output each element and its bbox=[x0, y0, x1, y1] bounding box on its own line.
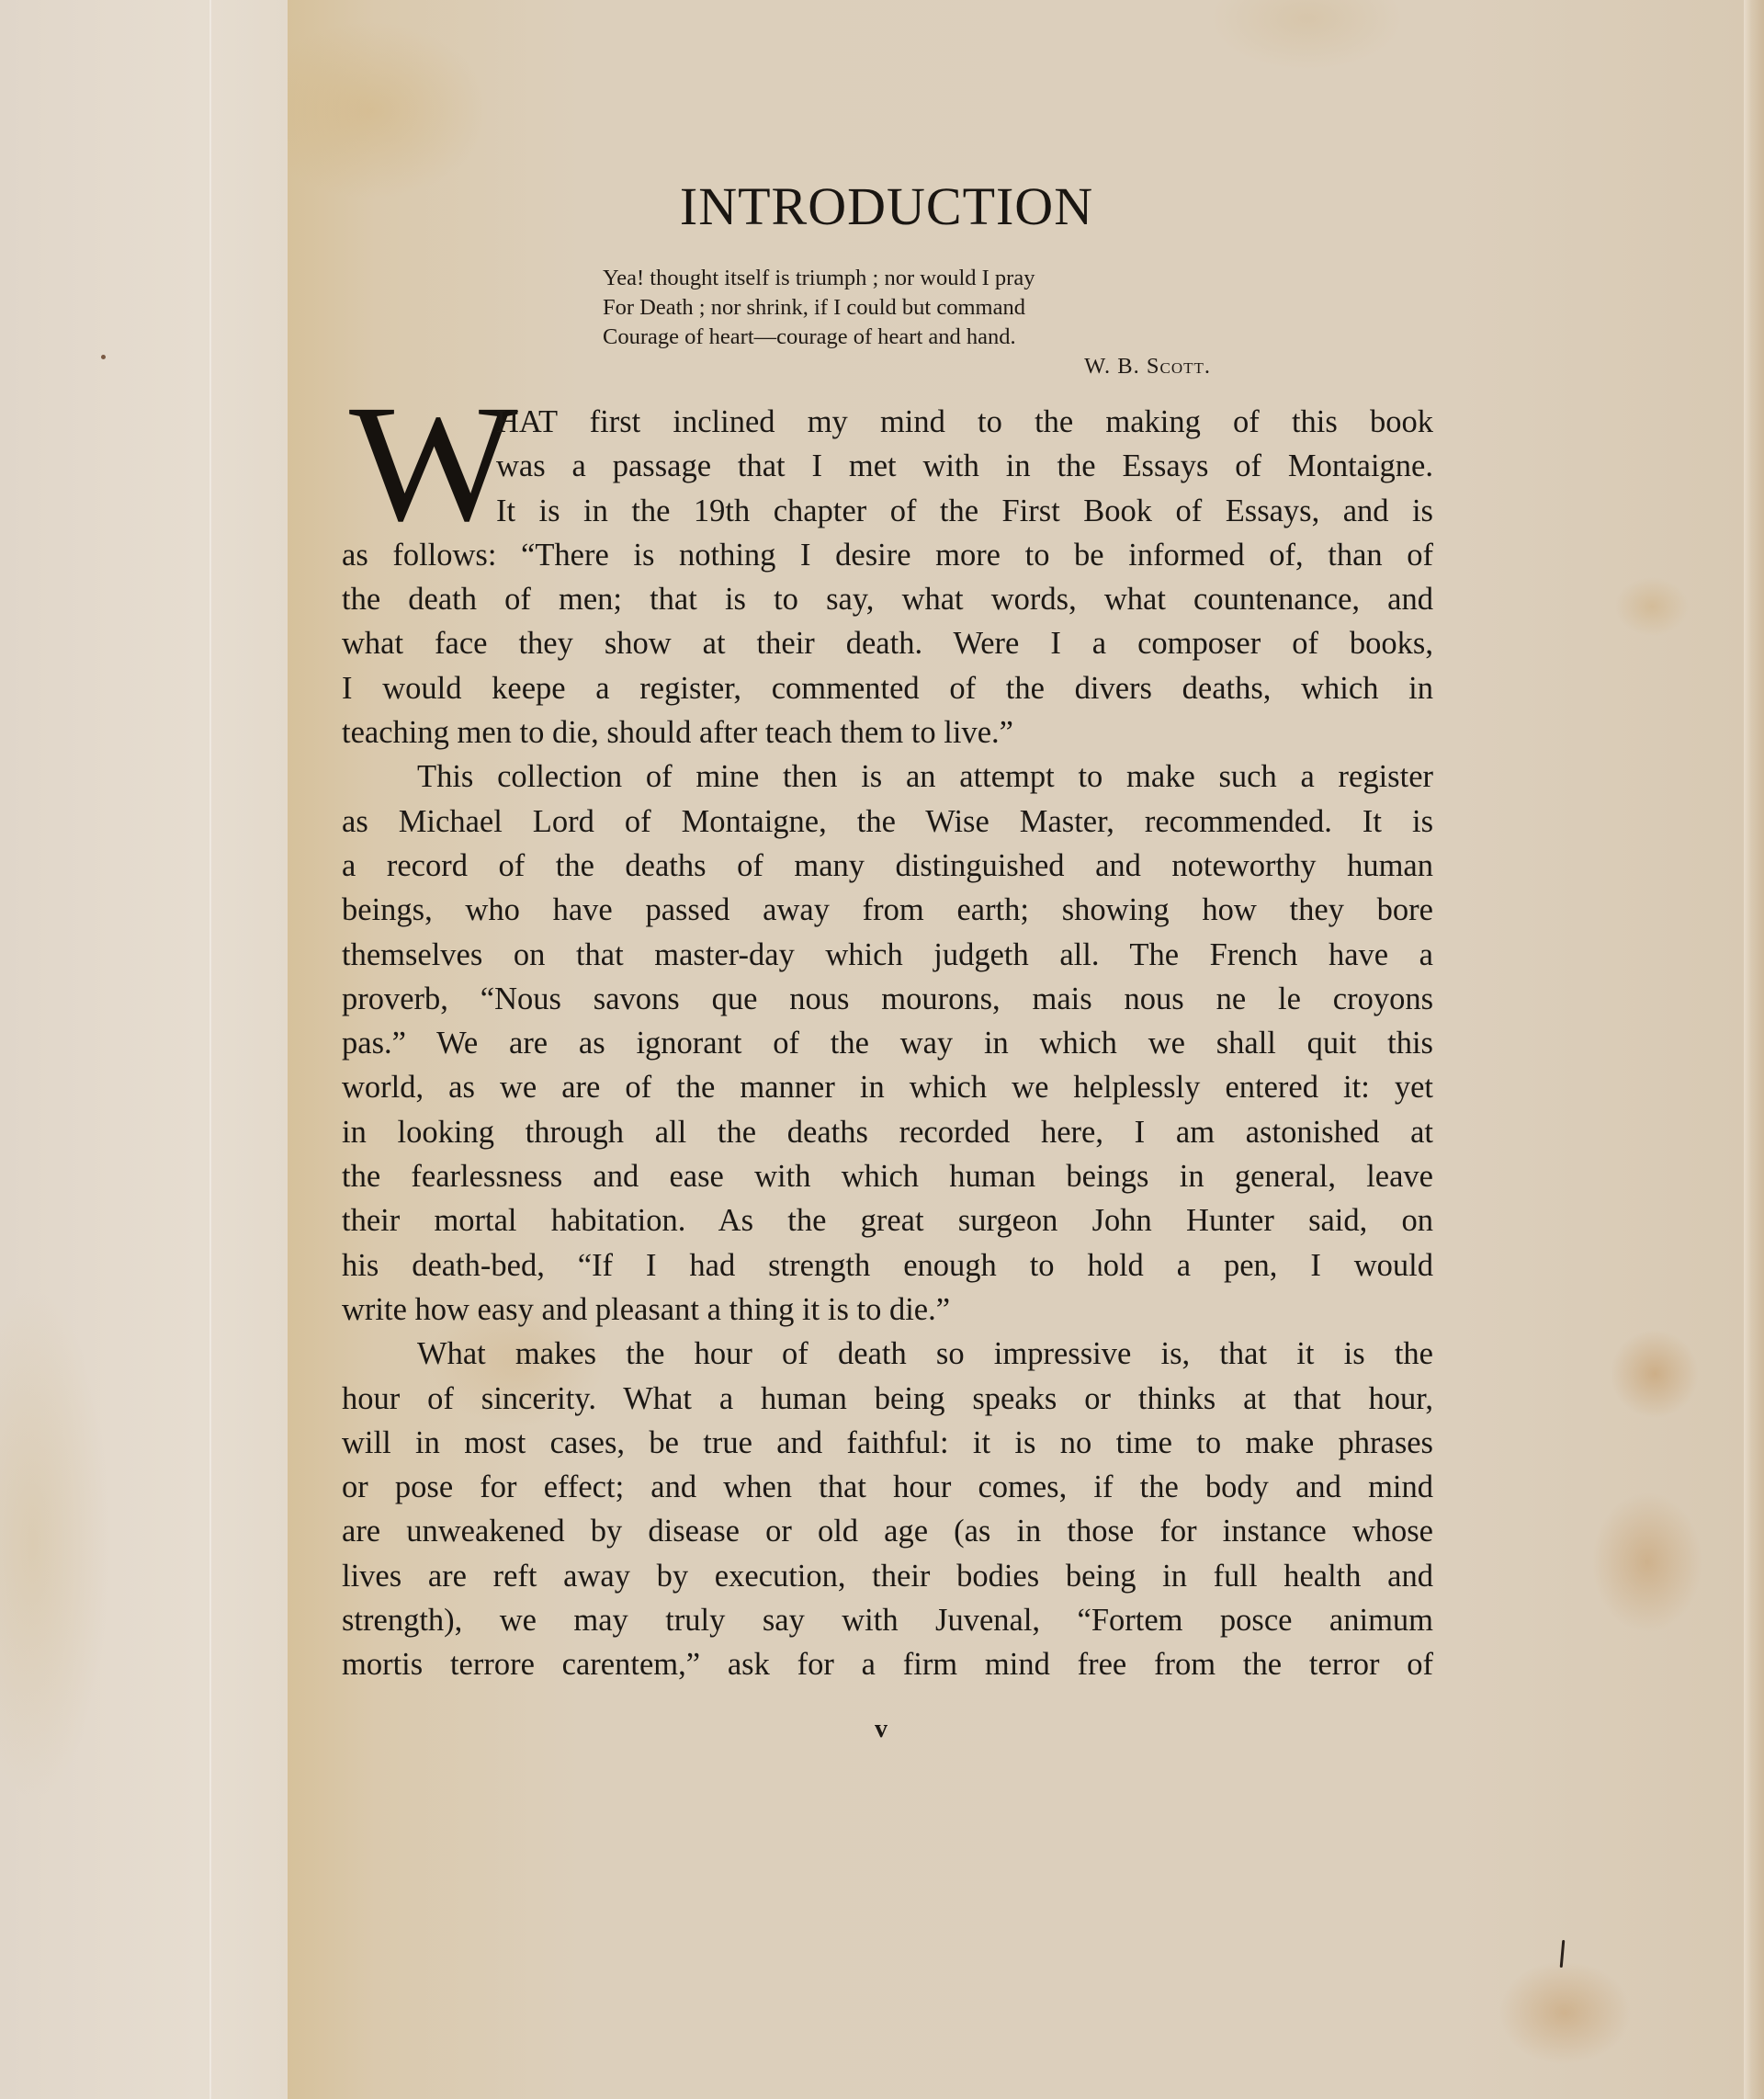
body-text-line: will in most cases, be true and faithful… bbox=[342, 1421, 1433, 1465]
body-text-line: strength), we may truly say with Juvenal… bbox=[342, 1598, 1433, 1642]
page-edge bbox=[1744, 0, 1764, 2099]
body-text: HAT first inclined my mind to the making… bbox=[342, 400, 1433, 1687]
body-text-line: or pose for effect; and when that hour c… bbox=[342, 1465, 1433, 1509]
body-text-line: This collection of mine then is an attem… bbox=[342, 755, 1433, 799]
body-text-line: beings, who have passed away from earth;… bbox=[342, 888, 1433, 932]
body-text-line: in looking through all the deaths record… bbox=[342, 1110, 1433, 1154]
epigraph-attribution: W. B. Scott. bbox=[603, 352, 1227, 381]
chapter-title-text: INTRODUCTION bbox=[680, 177, 1093, 236]
body-text-line: their mortal habitation. As the great su… bbox=[342, 1198, 1433, 1242]
page-number: v bbox=[875, 1715, 888, 1744]
epigraph-line: For Death ; nor shrink, if I could but c… bbox=[603, 293, 1227, 323]
epigraph-line: Courage of heart—courage of heart and ha… bbox=[603, 323, 1227, 352]
body-text-line: his death-bed, “If I had strength enough… bbox=[342, 1243, 1433, 1288]
page-fold-line bbox=[209, 0, 211, 2099]
body-text-line: a record of the deaths of many distingui… bbox=[342, 844, 1433, 888]
body-text-line: world, as we are of the manner in which … bbox=[342, 1065, 1433, 1109]
body-text-line: the death of men; that is to say, what w… bbox=[342, 577, 1433, 621]
body-text-line: what face they show at their death. Were… bbox=[342, 621, 1433, 665]
body-text-line: It is in the 19th chapter of the First B… bbox=[342, 489, 1433, 533]
attribution-initials: W. B. bbox=[1084, 354, 1147, 379]
body-text-line: teaching men to die, should after teach … bbox=[342, 710, 1433, 755]
body-text-line: the fearlessness and ease with which hum… bbox=[342, 1154, 1433, 1198]
facing-left-page bbox=[0, 0, 288, 2099]
body-text-line: themselves on that master-day which judg… bbox=[342, 933, 1433, 977]
body-text-line: mortis terrore carentem,” ask for a firm… bbox=[342, 1642, 1433, 1686]
body-text-line: lives are reft away by execution, their … bbox=[342, 1554, 1433, 1598]
paper-speck bbox=[101, 355, 106, 359]
epigraph-line: Yea! thought itself is triumph ; nor wou… bbox=[603, 264, 1227, 293]
body-text-line: proverb, “Nous savons que nous mourons, … bbox=[342, 977, 1433, 1021]
body-text-line: write how easy and pleasant a thing it i… bbox=[342, 1288, 1433, 1332]
body-text-line: pas.” We are as ignorant of the way in w… bbox=[342, 1021, 1433, 1065]
body-text-line: was a passage that I met with in the Ess… bbox=[342, 444, 1433, 488]
body-text-line: What makes the hour of death so impressi… bbox=[342, 1332, 1433, 1376]
body-text-line: hour of sincerity. What a human being sp… bbox=[342, 1377, 1433, 1421]
chapter-title: INTRODUCTION bbox=[0, 177, 1764, 236]
epigraph: Yea! thought itself is triumph ; nor wou… bbox=[603, 264, 1227, 381]
body-text-line: HAT first inclined my mind to the making… bbox=[342, 400, 1433, 444]
attribution-surname: Scott. bbox=[1147, 354, 1211, 379]
body-text-line: are unweakened by disease or old age (as… bbox=[342, 1509, 1433, 1553]
body-text-line: as Michael Lord of Montaigne, the Wise M… bbox=[342, 800, 1433, 844]
body-text-line: I would keepe a register, commented of t… bbox=[342, 666, 1433, 710]
body-text-line: as follows: “There is nothing I desire m… bbox=[342, 533, 1433, 577]
foxing-stain bbox=[0, 1287, 110, 1801]
